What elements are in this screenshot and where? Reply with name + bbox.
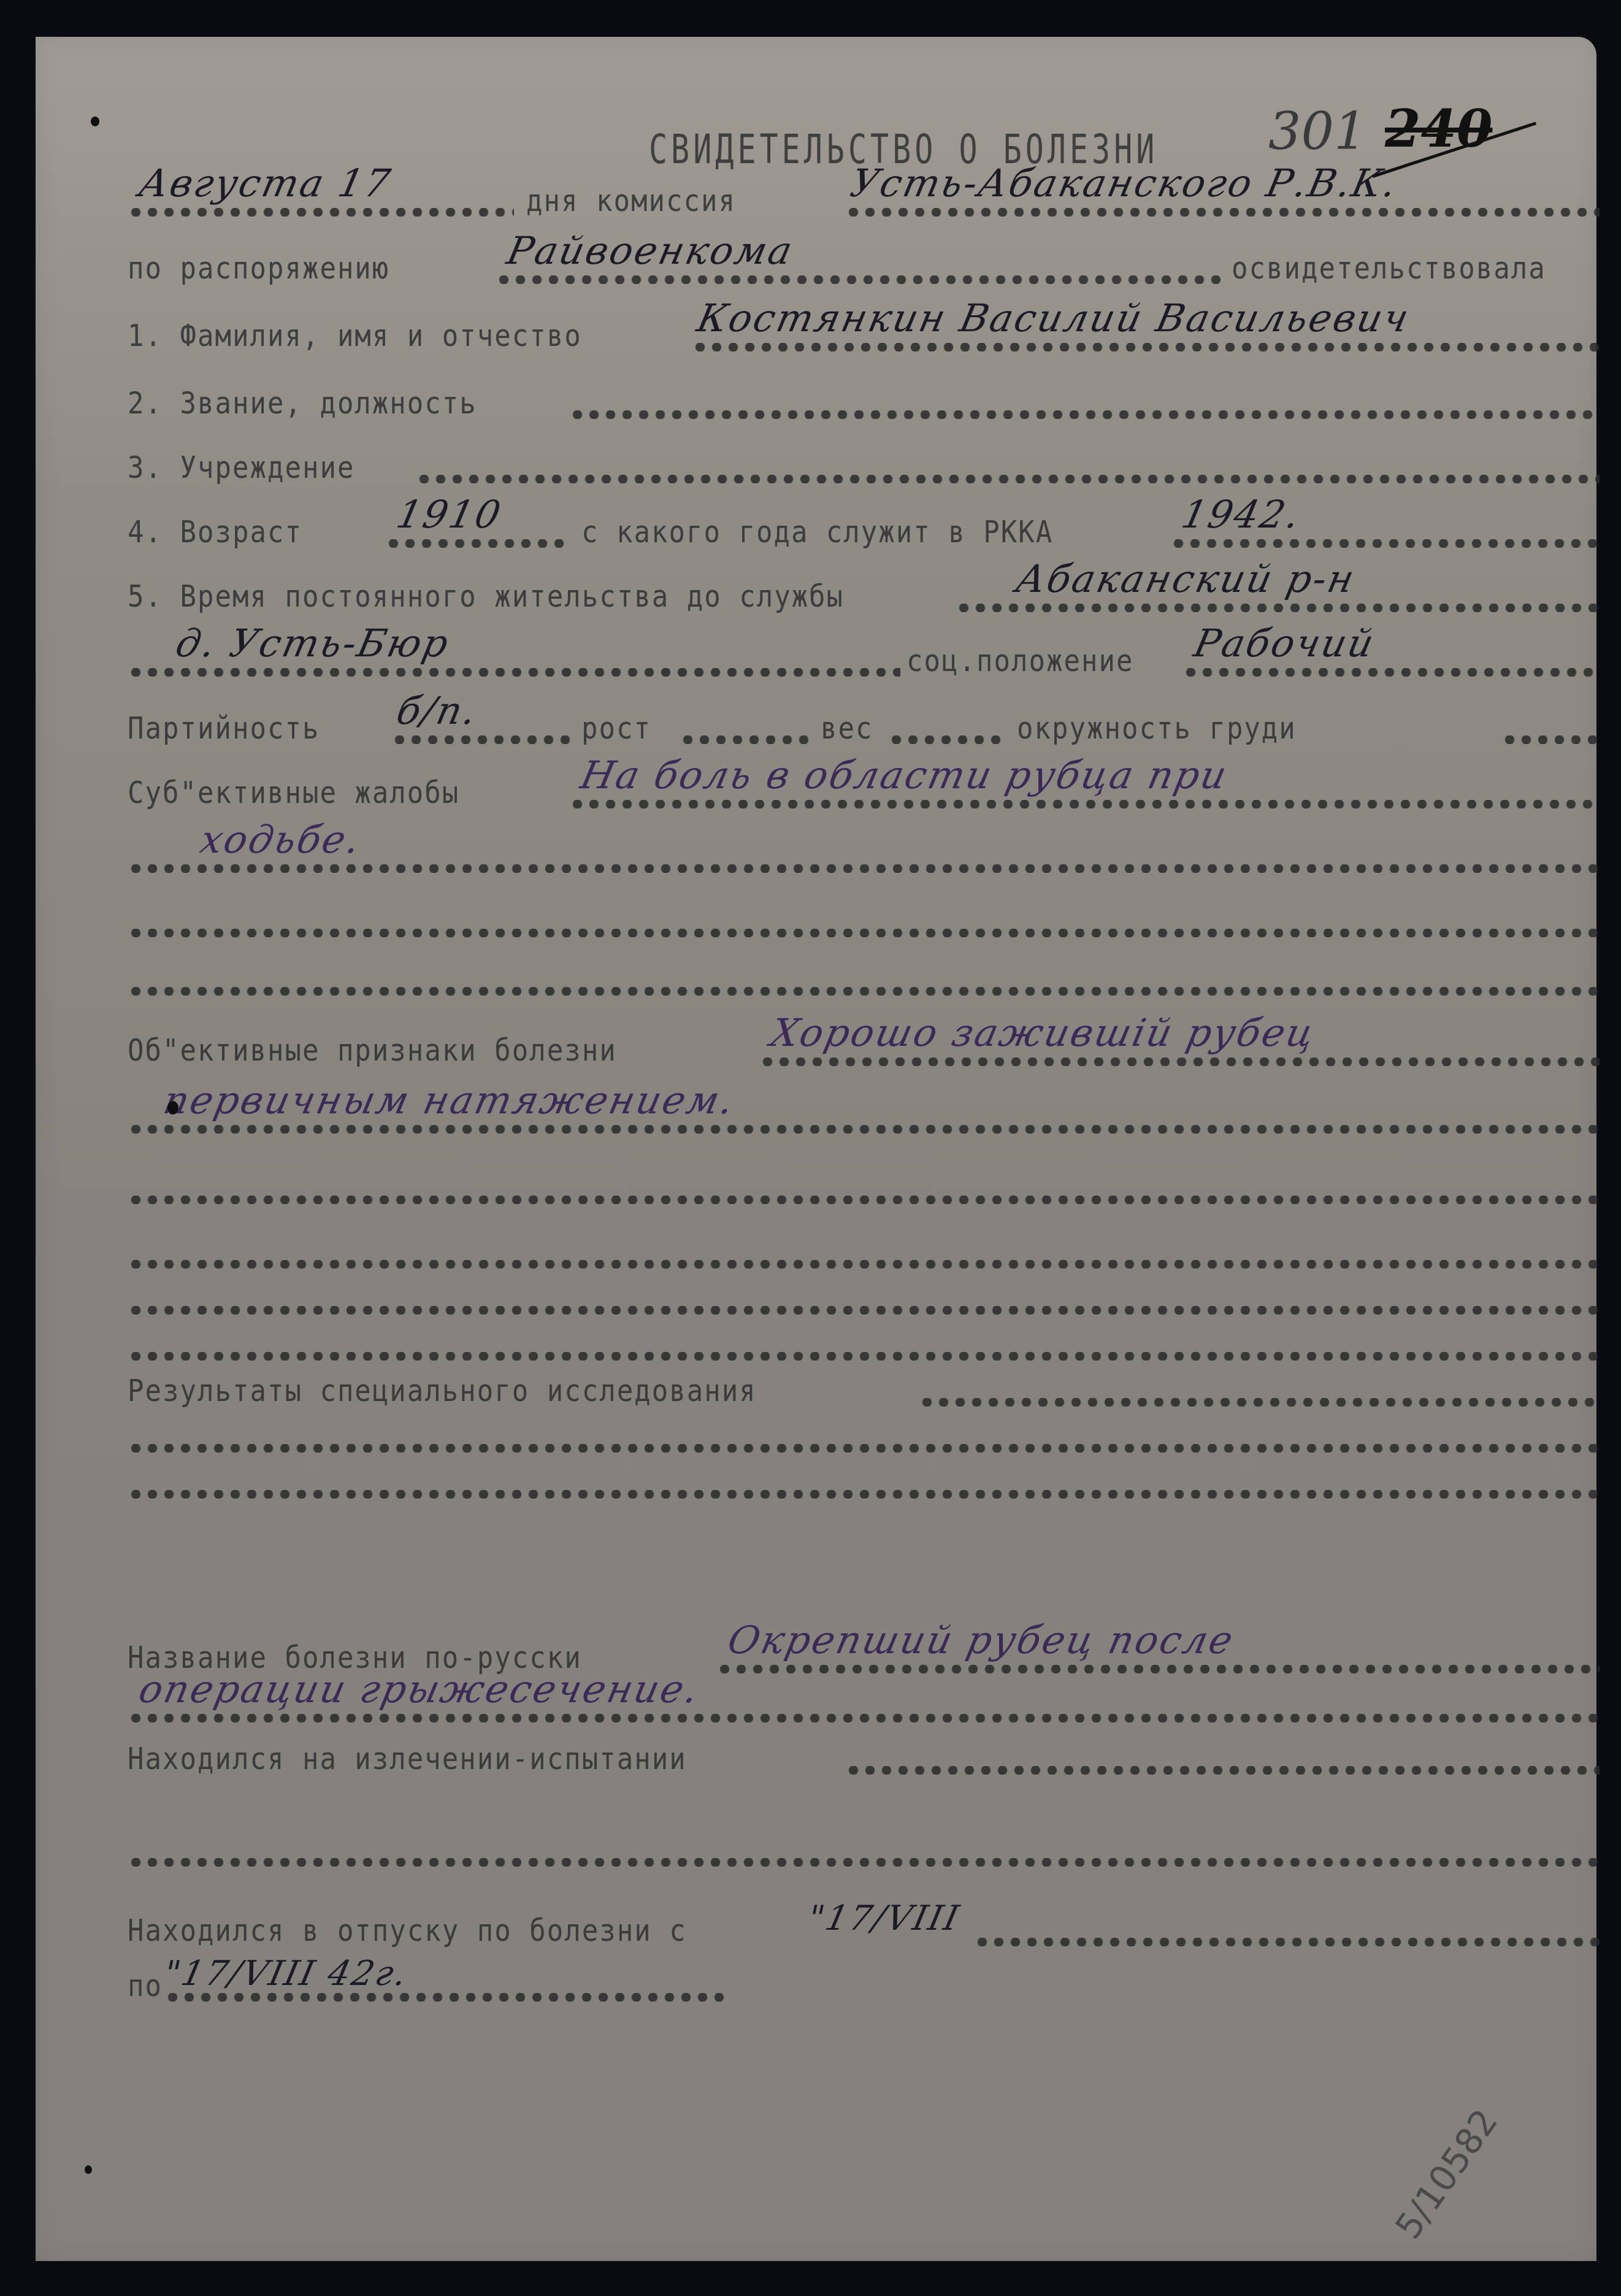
chest-label: окружность груди [1017,710,1297,747]
dotted-line [391,735,575,744]
leave-from-value: "17/VIII [804,1899,964,1938]
service-since-value: 1942. [1178,492,1305,537]
row-objective-cont: первичным натяжением. [128,1080,1541,1147]
row-residence: 5. Время постоянного жительства до служб… [128,558,1541,626]
weight-label: вес [821,710,873,747]
chest-field [1501,735,1600,744]
height-field [680,735,808,744]
age-label: 4. Возраст [128,514,302,550]
dotted-line [1182,668,1600,677]
row-subjective-cont: ходьбе. [128,819,1541,886]
dotted-line [845,208,1600,217]
social-status-value: Рабочий [1190,621,1379,666]
by-order-value: Райвоенкома [503,228,798,273]
dotted-line [128,1196,1600,1204]
objective-value: Хорошо зажившій рубец [767,1010,1320,1055]
service-since-label: с какого года служит в РККА [581,514,1053,550]
pencil-annotation: 5/10582 [1387,2102,1506,2246]
row-institution: 3. Учреждение [128,429,1541,497]
objective-value-cont: первичным натяжением. [159,1078,739,1123]
by-order-label: по распоряжению [128,250,389,286]
dotted-line [416,475,1600,483]
row-social-status: д. Усть-Бюр соц.положение Рабочий [128,623,1541,690]
dotted-line [128,987,1600,996]
document-page: 301 240 СВИДЕТЕЛЬСТВО О БОЛЕЗНИ Августа … [36,37,1596,2261]
dotted-line [128,1125,1600,1134]
row-treatment: Находился на излечении-испытании [128,1721,1541,1788]
row-blank [128,942,1541,1009]
dotted-line [845,1766,1600,1775]
commission-value: Усть-Абаканского Р.В.К. [846,161,1402,205]
row-blank [128,1813,1541,1880]
leave-to-value: "17/VIII 42г. [160,1954,412,1994]
row-date-commission: Августа 17 дня комиссия Усть-Абаканского… [128,163,1541,230]
full-name-label: 1. Фамилия, имя и отчество [128,318,582,354]
height-label: рост [581,710,651,747]
commission-label: дня комиссия [526,183,736,219]
row-blank [128,1150,1541,1218]
dotted-line [128,929,1600,937]
dotted-line [974,1938,1600,1946]
objective-label: Об"ективные признаки болезни [128,1032,617,1069]
dotted-line [569,410,1600,419]
subjective-value: На боль в области рубца при [577,753,1232,797]
row-blank [128,1445,1541,1512]
dotted-line [128,668,900,677]
dotted-line [164,1993,729,2002]
dotted-line [128,208,514,217]
residence-value-cont: д. Усть-Бюр [172,621,454,666]
birth-year-value: 1910 [393,492,506,537]
dotted-line [128,1490,1600,1499]
rank-label: 2. Звание, должность [128,385,477,421]
dotted-line [1170,539,1600,548]
row-objective: Об"ективные признаки болезни Хорошо зажи… [128,1012,1541,1080]
row-party: Партийность б/п. рост вес окружность гру… [128,690,1541,758]
row-leave-to: по "17/VIII 42г. [128,1948,1541,2015]
residence-value: Абаканский р-н [1012,556,1360,601]
treatment-label: Находился на излечении-испытании [128,1741,687,1777]
ink-spot [167,1101,178,1115]
dotted-line [128,1858,1600,1867]
disease-name-value: Окрепший рубец после [724,1618,1238,1662]
social-status-label: соц.положение [906,643,1133,679]
disease-name-value-cont: операции грыжесечение. [135,1667,703,1711]
party-value: б/п. [393,688,482,733]
full-name-value: Костянкин Василий Васильевич [693,296,1414,340]
institution-label: 3. Учреждение [128,450,354,486]
dotted-line [759,1058,1600,1066]
leave-label: Находился в отпуску по болезни с [128,1913,687,1949]
dotted-line [496,275,1225,284]
weight-field [888,735,1005,744]
punch-mark [85,2165,92,2174]
row-age: 4. Возраст 1910 с какого года служит в Р… [128,494,1541,561]
dotted-line [128,864,1600,873]
dotted-line [569,800,1600,808]
archive-number: 301 [1268,101,1366,161]
row-full-name: 1. Фамилия, имя и отчество Костянкин Вас… [128,298,1541,365]
date-value: Августа 17 [135,161,396,205]
residence-label: 5. Время постоянного жительства до служб… [128,578,844,615]
row-rank: 2. Звание, должность [128,365,1541,432]
row-by-order: по распоряжению Райвоенкома освидетельст… [128,230,1541,298]
row-blank [128,883,1541,951]
punch-mark [91,117,99,126]
subjective-value-cont: ходьбе. [196,817,366,862]
row-subjective: Суб"ективные жалобы На боль в области ру… [128,754,1541,822]
dotted-line [692,343,1600,351]
dotted-line [385,539,569,548]
leave-to-label: по [128,1968,163,2004]
by-order-suffix: освидетельствовала [1232,250,1546,286]
dotted-line [956,604,1600,612]
archive-number-crossed: 240 [1385,98,1492,159]
party-label: Партийность [128,710,320,747]
subjective-label: Суб"ективные жалобы [128,775,459,811]
